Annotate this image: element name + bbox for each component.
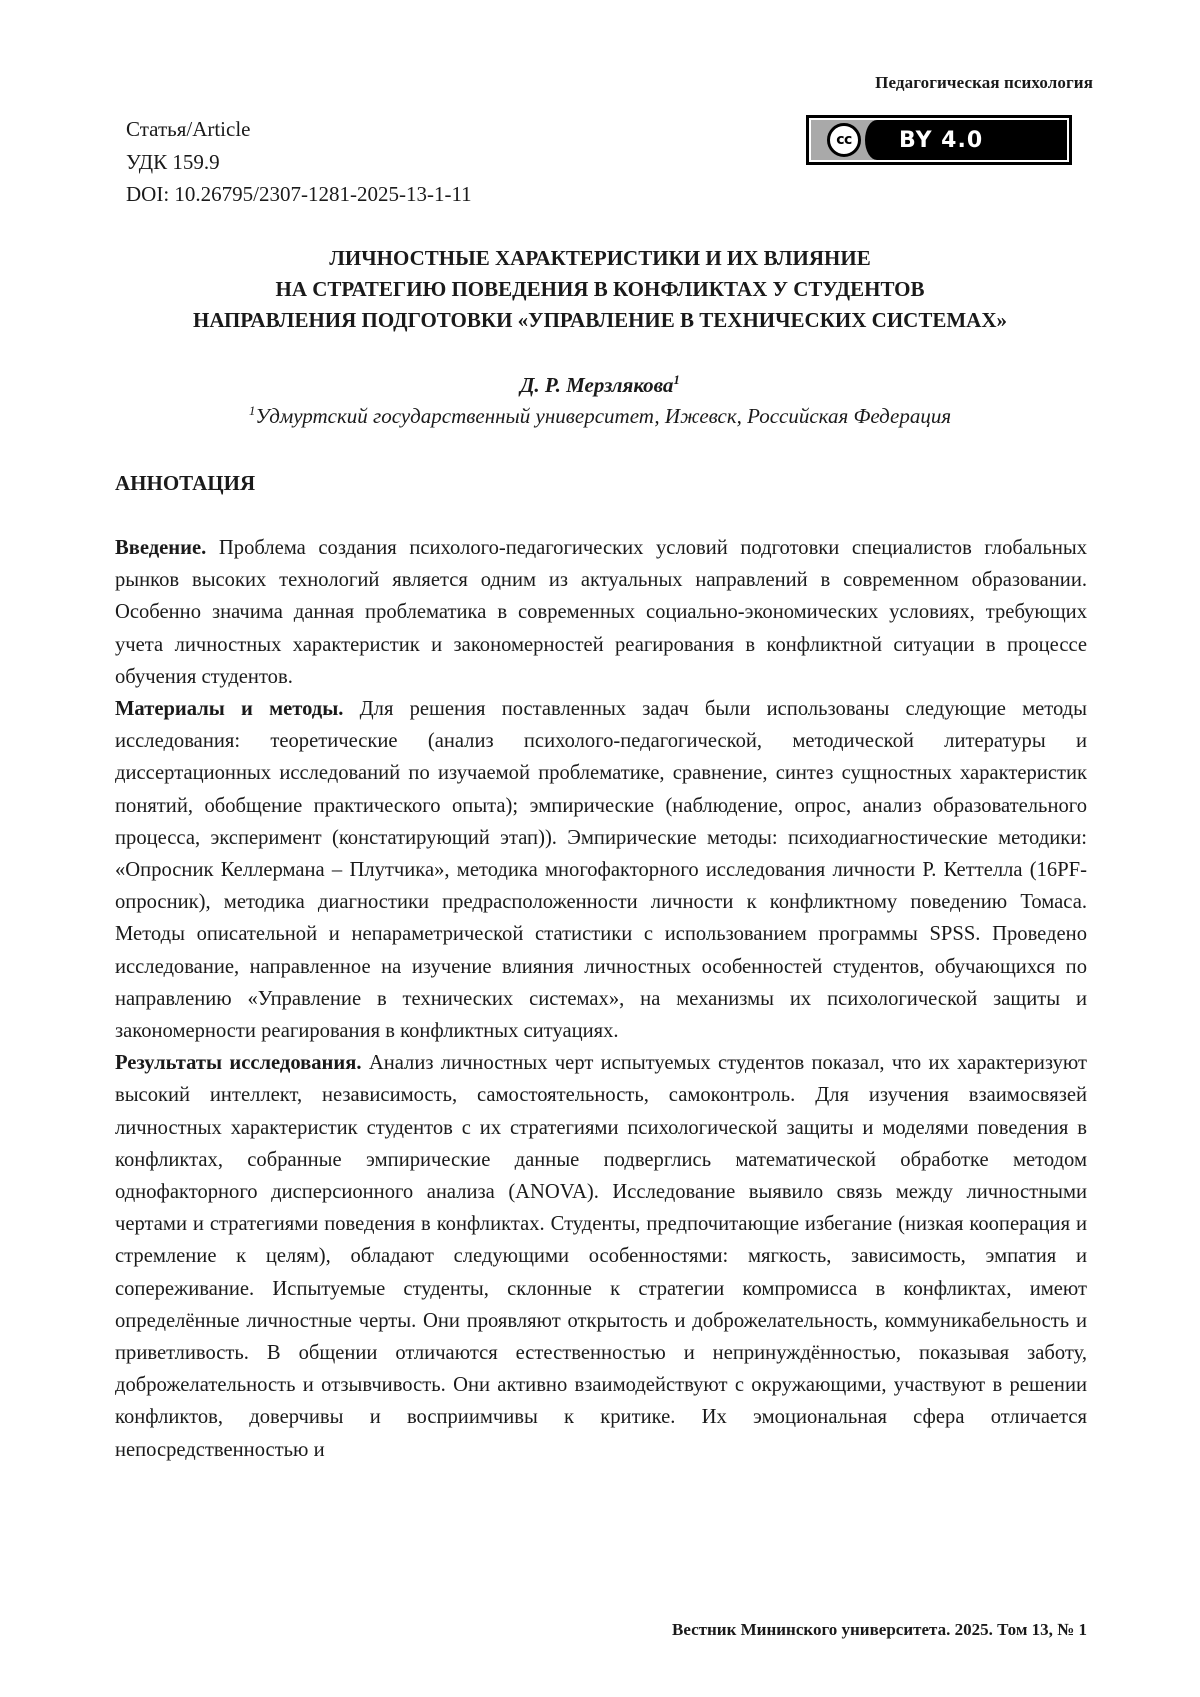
author-name: Д. Р. Мерзлякова [520,373,673,397]
section-text: Проблема создания психолого-педагогическ… [115,537,1087,688]
license-badge[interactable]: cc BY 4.0 [806,115,1072,165]
title-line: НА СТРАТЕГИЮ ПОВЕДЕНИЯ В КОНФЛИКТАХ У СТ… [0,274,1200,305]
abstract-methods: Материалы и методы. Для решения поставле… [115,693,1087,1047]
udc-code: УДК 159.9 [126,146,472,179]
doi[interactable]: DOI: 10.26795/2307-1281-2025-13-1-11 [126,178,472,211]
section-label: Материалы и методы. [115,698,343,720]
section-text: Анализ личностных черт испытуемых студен… [115,1052,1087,1460]
affiliation-text: Удмуртский государственный университет, … [255,404,951,428]
abstract-heading: АННОТАЦИЯ [115,471,255,496]
abstract-results: Результаты исследования. Анализ личностн… [115,1047,1087,1466]
article-meta: Статья/Article УДК 159.9 DOI: 10.26795/2… [126,113,472,211]
title-line: ЛИЧНОСТНЫЕ ХАРАКТЕРИСТИКИ И ИХ ВЛИЯНИЕ [0,243,1200,274]
section-label: Введение. [115,537,206,559]
abstract-introduction: Введение. Проблема создания психолого-пе… [115,532,1087,693]
journal-footer: Вестник Мининского университета. 2025. Т… [672,1620,1087,1640]
section-text: Для решения поставленных задач были испо… [115,698,1087,1042]
section-label: Результаты исследования. [115,1052,362,1074]
cc-section: cc [811,120,877,160]
article-type: Статья/Article [126,113,472,146]
affiliation: 1Удмуртский государственный университет,… [0,403,1200,429]
abstract-body: Введение. Проблема создания психолого-пе… [115,532,1087,1466]
title-line: НАПРАВЛЕНИЯ ПОДГОТОВКИ «УПРАВЛЕНИЕ В ТЕХ… [0,305,1200,336]
author: Д. Р. Мерзлякова1 [0,372,1200,398]
cc-icon: cc [827,123,861,157]
license-badge-inner: cc BY 4.0 [811,120,1067,160]
author-superscript: 1 [673,372,680,387]
license-label: BY 4.0 [899,128,983,153]
article-title: ЛИЧНОСТНЫЕ ХАРАКТЕРИСТИКИ И ИХ ВЛИЯНИЕ Н… [0,243,1200,336]
running-head: Педагогическая психология [875,73,1093,93]
